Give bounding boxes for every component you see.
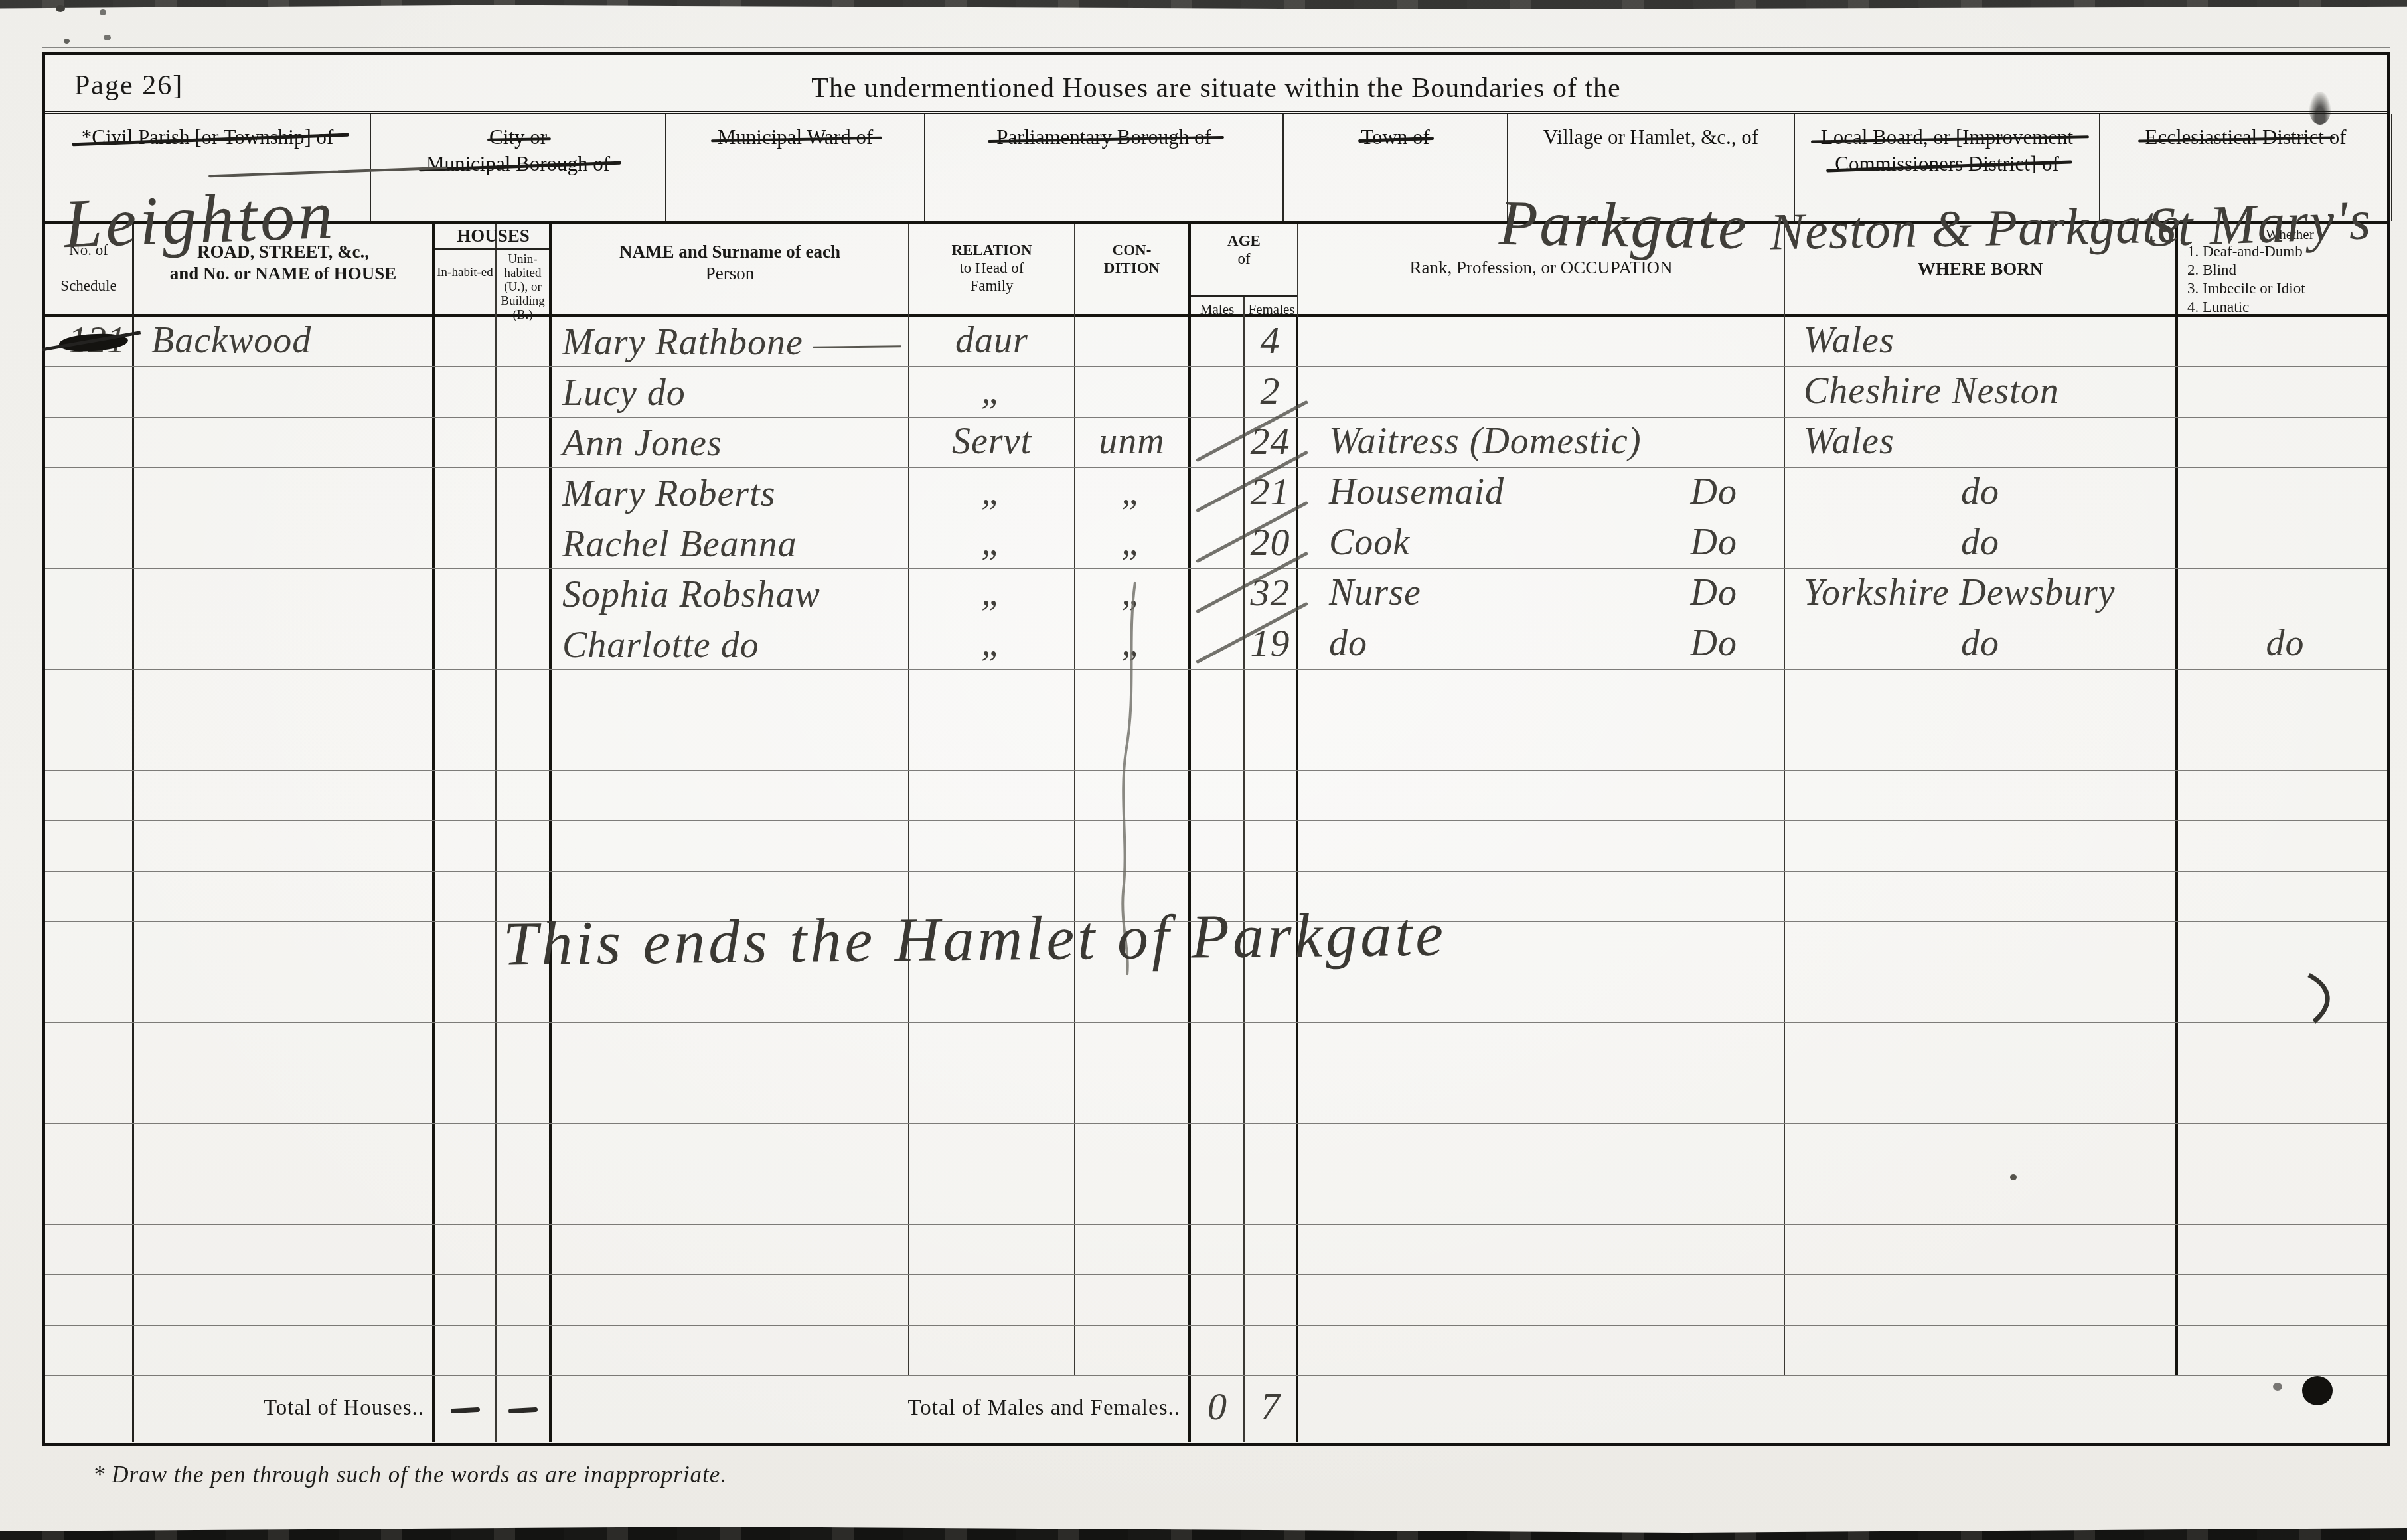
condition-cell: „ — [1075, 468, 1191, 518]
table-row: Ann JonesServtunm24Waitress (Domestic)Wa… — [45, 418, 2387, 468]
road-cell — [134, 1174, 435, 1224]
name-cell — [552, 1124, 909, 1174]
table-row-empty — [45, 720, 2387, 771]
occupation-cell: NurseDo — [1298, 569, 1785, 619]
town-label: Town of — [1361, 124, 1430, 151]
inhabited-cell — [435, 1023, 497, 1073]
schedule-cell — [45, 670, 134, 720]
schedule-cell — [45, 468, 134, 518]
inhabited-cell — [435, 1225, 497, 1274]
relation-cell: Servt — [909, 418, 1075, 467]
uninhabited-cell — [497, 1326, 552, 1375]
relation-cell: „ — [909, 468, 1075, 518]
road-cell — [134, 1326, 435, 1375]
where-born-cell: Wales — [1785, 317, 2178, 366]
uninhabited-cell — [497, 1073, 552, 1123]
uninhabited-cell — [497, 821, 552, 871]
schedule-cell — [45, 569, 134, 619]
road-cell — [134, 1073, 435, 1123]
where-born-cell — [1785, 1023, 2178, 1073]
name-cell — [552, 720, 909, 770]
name-cell: Mary Rathbone — [552, 317, 909, 366]
occupation-cell: CookDo — [1298, 518, 1785, 568]
occupation-cell — [1298, 1326, 1785, 1375]
schedule-cell — [45, 367, 134, 417]
where-born-cell — [1785, 922, 2178, 972]
whether-cell — [2178, 418, 2392, 467]
whether-cell — [2178, 972, 2392, 1022]
age-female-cell — [1245, 821, 1298, 871]
city-or-label: City or — [489, 124, 547, 151]
road-cell — [134, 1124, 435, 1174]
age-female-cell: 4 — [1245, 317, 1298, 366]
uninhabited-cell — [497, 518, 552, 568]
table-row-empty — [45, 821, 2387, 872]
schedule-cell — [45, 1073, 134, 1123]
condition-cell — [1075, 1225, 1191, 1274]
schedule-cell — [45, 1275, 134, 1325]
table-row-empty — [45, 771, 2387, 821]
name-cell — [552, 1275, 909, 1325]
inhabited-cell — [435, 1073, 497, 1123]
table-row: Lucy do„2Cheshire Neston — [45, 367, 2387, 418]
whether-cell — [2178, 367, 2392, 417]
name-cell — [552, 1225, 909, 1274]
age-male-cell — [1191, 1073, 1245, 1123]
handwritten-local-board: Neston & Parkgate — [1769, 195, 2181, 262]
inhabited-cell — [435, 569, 497, 619]
road-cell — [134, 720, 435, 770]
age-male-cell — [1191, 1023, 1245, 1073]
ink-hook-mark — [2302, 971, 2342, 1024]
relation-cell — [909, 1023, 1075, 1073]
inhabited-cell — [435, 1124, 497, 1174]
parliamentary-borough-label: Parliamentary Borough of — [996, 124, 1211, 151]
municipal-ward-label: Municipal Ward of — [718, 124, 874, 151]
name-cell: Sophia Robshaw — [552, 569, 909, 619]
schedule-cell — [45, 619, 134, 669]
scan-edge-bottom — [0, 1527, 2407, 1540]
where-born-cell — [1785, 1174, 2178, 1224]
age-female-cell — [1245, 1023, 1298, 1073]
condition-cell — [1075, 1326, 1191, 1375]
inhabited-cell — [435, 922, 497, 972]
schedule-cell — [45, 771, 134, 820]
relation-cell: daur — [909, 317, 1075, 366]
total-houses-label: Total of Houses.. — [134, 1376, 435, 1442]
table-row: 121BackwoodMary Rathbonedaur4Wales — [45, 317, 2387, 367]
age-female-cell — [1245, 1225, 1298, 1274]
whether-cell — [2178, 1174, 2392, 1224]
road-cell — [134, 418, 435, 467]
schedule-cell — [45, 518, 134, 568]
table-row-empty — [45, 1023, 2387, 1073]
inhabited-cell — [435, 1326, 497, 1375]
road-cell — [134, 872, 435, 921]
road-cell — [134, 771, 435, 820]
relation-cell — [909, 720, 1075, 770]
relation-cell — [909, 1225, 1075, 1274]
inhabited-cell — [435, 1275, 497, 1325]
ink-speck — [56, 5, 65, 12]
schedule-cell — [45, 872, 134, 921]
relation-cell — [909, 771, 1075, 820]
table-row-empty — [45, 972, 2387, 1023]
schedule-cell — [45, 1326, 134, 1375]
relation-cell — [909, 972, 1075, 1022]
whether-cell — [2178, 922, 2392, 972]
occupation-cell — [1298, 367, 1785, 417]
form-title: The undermentioned Houses are situate wi… — [45, 72, 2387, 104]
census-form: Page 26] The undermentioned Houses are s… — [42, 52, 2390, 1446]
uninhabited-cell — [497, 619, 552, 669]
age-female-cell — [1245, 1073, 1298, 1123]
name-cell — [552, 670, 909, 720]
uninhabited-cell — [497, 468, 552, 518]
road-cell — [134, 569, 435, 619]
inhabited-cell — [435, 872, 497, 921]
whether-cell — [2178, 1326, 2392, 1375]
road-cell: Backwood — [134, 317, 435, 366]
whether-cell — [2178, 518, 2392, 568]
uninhabited-cell — [497, 771, 552, 820]
relation-cell: „ — [909, 518, 1075, 568]
where-born-cell — [1785, 1124, 2178, 1174]
relation-cell — [909, 1174, 1075, 1224]
hamlet-end-note: This ends the Hamlet of Parkgate — [503, 899, 1446, 980]
municipal-borough-label: Municipal Borough of — [426, 151, 610, 177]
handwritten-civil-parish: Leighton — [62, 175, 337, 264]
schedule-cell — [45, 1023, 134, 1073]
whether-cell — [2178, 1023, 2392, 1073]
local-board-label-2: Commissioners District] of — [1835, 151, 2059, 177]
condition-cell — [1075, 1174, 1191, 1224]
schedule-cell — [45, 418, 134, 467]
uninhabited-cell — [497, 569, 552, 619]
inhabited-cell — [435, 670, 497, 720]
age-male-cell — [1191, 1326, 1245, 1375]
total-houses-uninhabited — [497, 1376, 552, 1442]
uninhabited-cell — [497, 1275, 552, 1325]
totals-row: Total of Houses.. Total of Males and Fem… — [45, 1376, 2387, 1442]
age-female-cell — [1245, 1124, 1298, 1174]
where-born-cell — [1785, 972, 2178, 1022]
whether-cell — [2178, 317, 2392, 366]
handwritten-village: Parkgate — [1498, 186, 1749, 264]
district-header-row: *Civil Parish [or Township] of City or M… — [45, 114, 2387, 224]
road-cell — [134, 468, 435, 518]
road-cell — [134, 619, 435, 669]
age-female-cell — [1245, 972, 1298, 1022]
age-male-cell — [1191, 1225, 1245, 1274]
relation-cell — [909, 1124, 1075, 1174]
header-condition: CON-DITION — [1075, 224, 1191, 322]
age-male-cell — [1191, 1174, 1245, 1224]
condition-cell — [1075, 317, 1191, 366]
local-board-label-1: Local Board, or [Improvement — [1821, 124, 2073, 151]
inhabited-cell — [435, 972, 497, 1022]
civil-parish-label: *Civil Parish [or Township] of — [82, 124, 334, 151]
occupation-cell — [1298, 771, 1785, 820]
age-female-cell — [1245, 720, 1298, 770]
ink-speck — [100, 9, 106, 15]
ink-speck — [104, 35, 111, 40]
age-male-cell — [1191, 367, 1245, 417]
uninhabited-cell — [497, 367, 552, 417]
occupation-cell — [1298, 1275, 1785, 1325]
whether-cell — [2178, 771, 2392, 820]
occupation-cell — [1298, 1023, 1785, 1073]
ink-speck — [64, 38, 70, 44]
where-born-cell: Wales — [1785, 418, 2178, 467]
where-born-cell — [1785, 771, 2178, 820]
occupation-cell — [1298, 1174, 1785, 1224]
whether-cell — [2178, 1275, 2392, 1325]
inhabited-cell — [435, 771, 497, 820]
header-houses-uninhabited: Unin-habited (U.), or Building (B.) — [497, 224, 552, 322]
schedule-cell — [45, 821, 134, 871]
district-municipal-ward: Municipal Ward of — [666, 114, 925, 221]
where-born-cell: do — [1785, 619, 2178, 669]
inhabited-cell — [435, 1174, 497, 1224]
occupation-cell — [1298, 670, 1785, 720]
condition-cell — [1075, 1023, 1191, 1073]
table-row-empty — [45, 1073, 2387, 1124]
age-male-cell — [1191, 1124, 1245, 1174]
relation-cell — [909, 1326, 1075, 1375]
name-cell — [552, 1174, 909, 1224]
name-cell — [552, 1326, 909, 1375]
table-body: 121BackwoodMary Rathbonedaur4WalesLucy d… — [45, 317, 2387, 1376]
relation-cell — [909, 670, 1075, 720]
where-born-cell: do — [1785, 518, 2178, 568]
inhabited-cell — [435, 518, 497, 568]
where-born-cell — [1785, 1225, 2178, 1274]
name-cell — [552, 1073, 909, 1123]
schedule-cell: 121 — [45, 317, 134, 366]
relation-cell — [909, 821, 1075, 871]
condition-cell: „ — [1075, 518, 1191, 568]
road-cell — [134, 518, 435, 568]
occupation-cell: HousemaidDo — [1298, 468, 1785, 518]
name-cell: Mary Roberts — [552, 468, 909, 518]
whether-cell — [2178, 872, 2392, 921]
ecclesiastical-label: Ecclesiastical District — [2145, 124, 2324, 151]
where-born-cell — [1785, 670, 2178, 720]
name-cell: Lucy do — [552, 367, 909, 417]
whether-cell — [2178, 1073, 2392, 1123]
condition-cell — [1075, 367, 1191, 417]
age-male-cell — [1191, 821, 1245, 871]
schedule-cell — [45, 1124, 134, 1174]
relation-cell: „ — [909, 367, 1075, 417]
occupation-cell — [1298, 1225, 1785, 1274]
where-born-cell — [1785, 872, 2178, 921]
where-born-cell: Yorkshire Dewsbury — [1785, 569, 2178, 619]
age-male-cell — [1191, 1275, 1245, 1325]
age-female-cell — [1245, 670, 1298, 720]
totals-blank-area — [1298, 1376, 2392, 1442]
occupation-cell — [1298, 720, 1785, 770]
age-female-cell — [1245, 1326, 1298, 1375]
relation-cell: „ — [909, 569, 1075, 619]
name-cell — [552, 821, 909, 871]
age-female-cell — [1245, 771, 1298, 820]
occupation-cell — [1298, 972, 1785, 1022]
total-females-value: 7 — [1245, 1376, 1298, 1442]
table-row: Sophia Robshaw„„32NurseDoYorkshire Dewsb… — [45, 569, 2387, 619]
relation-cell — [909, 1073, 1075, 1123]
whether-cell — [2178, 821, 2392, 871]
total-males-value: 0 — [1191, 1376, 1245, 1442]
road-cell — [134, 821, 435, 871]
occupation-cell: Waitress (Domestic) — [1298, 418, 1785, 467]
where-born-cell — [1785, 1326, 2178, 1375]
whether-cell — [2178, 670, 2392, 720]
header-name: NAME and Surname of eachPerson — [552, 224, 909, 322]
scan-edge-top — [0, 0, 2407, 9]
ink-dot — [2010, 1174, 2017, 1180]
name-cell: Rachel Beanna — [552, 518, 909, 568]
table-row-empty — [45, 1326, 2387, 1376]
whether-cell — [2178, 720, 2392, 770]
relation-cell — [909, 1275, 1075, 1325]
table-row-empty — [45, 1225, 2387, 1275]
handwritten-ecclesiastical: St Mary's — [2147, 188, 2372, 260]
inhabited-cell — [435, 418, 497, 467]
condition-cell — [1075, 972, 1191, 1022]
pen-trail-line — [813, 345, 901, 348]
condition-cell — [1075, 1073, 1191, 1123]
relation-cell: „ — [909, 619, 1075, 669]
ink-blot-large — [2302, 1376, 2333, 1405]
header-relation: RELATIONto Head ofFamily — [909, 224, 1075, 322]
occupation-cell: doDo — [1298, 619, 1785, 669]
table-row-empty — [45, 670, 2387, 720]
district-town: Town of — [1284, 114, 1508, 221]
uninhabited-cell — [497, 1023, 552, 1073]
condition-cell: unm — [1075, 418, 1191, 467]
occupation-cell — [1298, 317, 1785, 366]
uninhabited-cell — [497, 1124, 552, 1174]
age-male-cell — [1191, 670, 1245, 720]
road-cell — [134, 1023, 435, 1073]
whether-cell — [2178, 569, 2392, 619]
form-header-strip: Page 26] The undermentioned Houses are s… — [45, 55, 2387, 114]
name-cell: Ann Jones — [552, 418, 909, 467]
table-row: Mary Roberts„„21HousemaidDodo — [45, 468, 2387, 518]
road-cell — [134, 670, 435, 720]
road-cell — [134, 922, 435, 972]
uninhabited-cell — [497, 317, 552, 366]
district-parliamentary-borough: Parliamentary Borough of — [925, 114, 1284, 221]
age-female-cell: 19 — [1245, 619, 1298, 669]
name-cell — [552, 1023, 909, 1073]
age-female-cell — [1245, 1174, 1298, 1224]
condition-cell — [1075, 1124, 1191, 1174]
uninhabited-cell — [497, 1225, 552, 1274]
age-female-cell — [1245, 1275, 1298, 1325]
schedule-cell — [45, 922, 134, 972]
name-cell — [552, 771, 909, 820]
age-male-cell — [1191, 720, 1245, 770]
whether-cell: do — [2178, 619, 2392, 669]
age-male-cell — [1191, 317, 1245, 366]
uninhabited-cell — [497, 670, 552, 720]
inhabited-cell — [435, 720, 497, 770]
table-row-empty — [45, 1275, 2387, 1326]
footnote: * Draw the pen through such of the words… — [93, 1462, 727, 1488]
inhabited-cell — [435, 821, 497, 871]
inhabited-cell — [435, 468, 497, 518]
whether-cell — [2178, 1124, 2392, 1174]
condition-cell — [1075, 1275, 1191, 1325]
schedule-cell — [45, 720, 134, 770]
village-hamlet-label: Village or Hamlet, &c., of — [1508, 124, 1794, 151]
table-row: Rachel Beanna„„20CookDodo — [45, 518, 2387, 569]
where-born-cell: do — [1785, 468, 2178, 518]
census-scan-page: Page 26] The undermentioned Houses are s… — [0, 0, 2407, 1540]
totals-schedule-cell — [45, 1376, 134, 1442]
schedule-cell — [45, 1225, 134, 1274]
where-born-cell — [1785, 821, 2178, 871]
name-cell: Charlotte do — [552, 619, 909, 669]
inhabited-cell — [435, 619, 497, 669]
where-born-cell — [1785, 1275, 2178, 1325]
table-row-empty — [45, 1174, 2387, 1225]
header-age: AGEof Males Females — [1191, 224, 1298, 322]
road-cell — [134, 972, 435, 1022]
uninhabited-cell — [497, 1174, 552, 1224]
inhabited-cell — [435, 367, 497, 417]
uninhabited-cell — [497, 418, 552, 467]
where-born-cell: Cheshire Neston — [1785, 367, 2178, 417]
where-born-cell — [1785, 720, 2178, 770]
schedule-cell — [45, 1174, 134, 1224]
schedule-cell — [45, 972, 134, 1022]
uninhabited-cell — [497, 720, 552, 770]
where-born-cell — [1785, 1073, 2178, 1123]
total-males-females-label: Total of Males and Females.. — [552, 1376, 1191, 1442]
header-houses-inhabited: HOUSES In-habit-ed — [435, 224, 497, 322]
name-cell — [552, 972, 909, 1022]
road-cell — [134, 1225, 435, 1274]
road-cell — [134, 367, 435, 417]
road-cell — [134, 1275, 435, 1325]
age-male-cell — [1191, 972, 1245, 1022]
whether-cell — [2178, 468, 2392, 518]
occupation-cell — [1298, 1073, 1785, 1123]
whether-cell — [2178, 1225, 2392, 1274]
occupation-cell — [1298, 821, 1785, 871]
occupation-cell — [1298, 1124, 1785, 1174]
total-houses-inhabited — [435, 1376, 497, 1442]
inhabited-cell — [435, 317, 497, 366]
table-row-empty — [45, 1124, 2387, 1174]
age-male-cell — [1191, 771, 1245, 820]
table-row: Charlotte do„„19doDododo — [45, 619, 2387, 670]
